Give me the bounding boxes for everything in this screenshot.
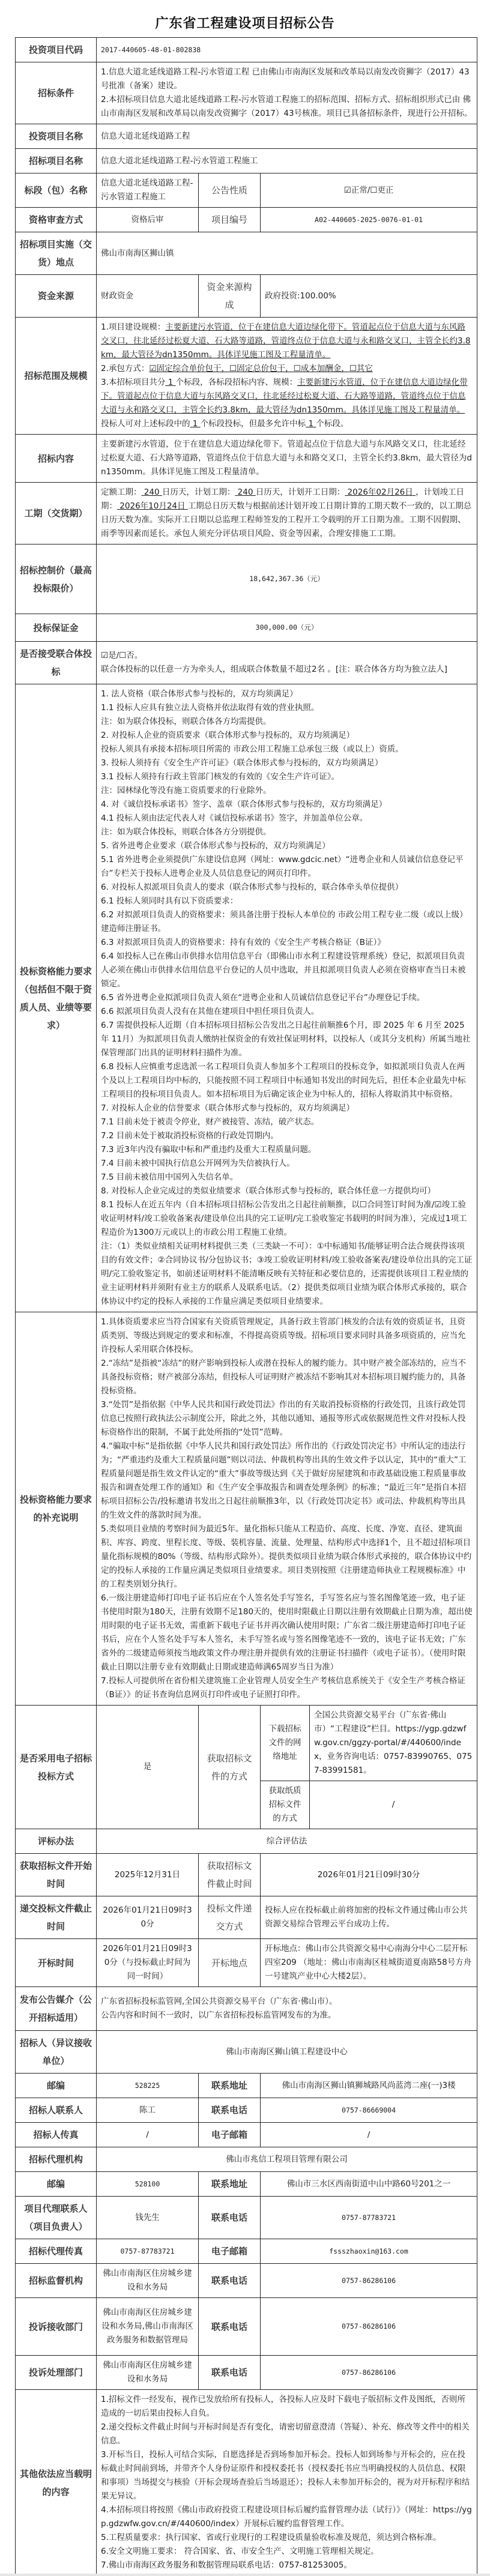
tenderer-label: 招标人（异议接收单位） xyxy=(16,2031,97,2074)
row-investment-name: 投资项目名称 信息大道北延线道路工程 xyxy=(16,124,477,149)
consortium-choice: ☑是/☐否。 xyxy=(101,649,473,663)
doc-start-value: 2025年12月31日 xyxy=(97,1854,199,1896)
row-consortium: 是否接受联合体投标 ☑是/☐否。 联合体投标的以任意一方为牵头人，组成联合体数量… xyxy=(16,642,477,684)
conditions-line: 1.信息大道北延线道路工程-污水管道工程 已由佛山市南海区发展和改革局以南发改资… xyxy=(101,65,473,93)
row-opening: 开标时间 2026年01月21日09时30分（与投标截止时间为同一时间） 开标地… xyxy=(16,1939,477,1987)
doc-end-label: 获取招标文件截止时间 xyxy=(199,1854,261,1896)
consortium-value: ☑是/☐否。 联合体投标的以任意一方为牵头人，组成联合体数量不超过2名 。[注：… xyxy=(97,642,477,684)
qualification-line: 1.1 投标人应具有独立法人资格并依法取得有效的营业执照。 xyxy=(101,701,473,715)
row-content: 招标内容 主要新建污水管道，位于在建信息大道边绿化带下。管道起点位于信息大道与东… xyxy=(16,435,477,483)
tenderer-email-label: 电子邮箱 xyxy=(199,2123,261,2147)
qualification-line: 4. 对《诚信投标承诺书》签字、盖章（联合体形式参与投标的，双方均须满足） xyxy=(101,798,473,812)
row-supervisor: 招标监督机构 佛山市南海区住房城乡建设和水务局 联系电话 0757-862861… xyxy=(16,2264,477,2298)
tenderer-fax-label: 招标人传真 xyxy=(16,2123,97,2147)
other-label: 其他依法应当载明的内容 xyxy=(16,2390,97,2576)
qualification-line: 6.5 省外进粤企业拟派项目负责人须在“进粤企业和人员诚信信息登记平台”办理登记… xyxy=(101,991,473,1005)
row-other: 其他依法应当载明的内容 1.招标文件一经发布，视作已发放给所有投标人，各投标人应… xyxy=(16,2390,477,2576)
qualification-line: 投标人须具有承接本招标项目所需的 市政公用工程施工总承包三级（或以上）资质。 xyxy=(101,743,473,756)
tenderer-email-value: / xyxy=(261,2123,477,2147)
tenderer-postcode-value: 528225 xyxy=(97,2074,199,2098)
project-number-label: 项目编号 xyxy=(199,208,261,232)
project-number-value: A02-440605-2025-0076-01-01 xyxy=(261,208,477,232)
supervisor-phone-value: 0757-86286106 xyxy=(261,2264,477,2298)
supplement-line: 1.具体资质要求应当符合国家有关资质管理规定，具备行政主管部门核发的合法有效的资… xyxy=(101,1315,473,1357)
opening-place-value: 开标地点：佛山市公共资源交易中心南海分中心二层开标四室209 （地址：佛山市南海… xyxy=(261,1939,477,1987)
qualification-line: 2. 对投标人企业的资质要求（联合体形式参与投标的，双方均须满足） xyxy=(101,729,473,743)
section-name-label: 标段（包）名称 xyxy=(16,173,97,208)
project-code-value: 2017-440605-48-01-802838 xyxy=(97,38,477,62)
qualification-line: 6.8 投标人应慎重考虑选派一名工程项目负责人参加多个工程项目的投标竞争，如拟派… xyxy=(101,1060,473,1102)
agency-contact-label: 项目代理联系人（项目负责人） xyxy=(16,2197,97,2239)
qualification-line: 1. 法人资格（联合体形式参与投标的，双方均须满足） xyxy=(101,687,473,701)
qualification-line: 5.1 省外进粤企业须提供广东建设信息网（网址：www.gdcic.net）“进… xyxy=(101,853,473,881)
location-label: 招标项目实施（交货）地点 xyxy=(16,232,97,275)
section-name-value: 信息大道北延线道路工程-污水管道工程施工 xyxy=(97,173,199,208)
agency-phone-value: 0757-87783721 xyxy=(261,2197,477,2239)
scope-item-4: 投标人可对上述标段中的 1 个标段投标，但最多允许中标 1 个标段。 xyxy=(101,417,473,431)
evaluation-value: 综合评估法 xyxy=(97,1829,477,1854)
row-funding: 资金来源 财政资金 资金来源构成 政府投资:100.00% xyxy=(16,275,477,318)
notice-nature-value: ☑正常/☐更正 xyxy=(261,173,477,208)
submit-method-value: 投标人应在投标截止前将加密的投标文件通过佛山市公共资源交易综合管理云平台成功上传… xyxy=(261,1896,477,1939)
page-title: 广东省工程建设项目招标公告 xyxy=(0,0,490,37)
row-supplement: 投标资格能力要求的补充说明 1.具体资质要求应当符合国家有关资质管理规定，具备行… xyxy=(16,1312,477,1706)
other-value: 1.招标文件一经发布，视作已发放给所有投标人，各投标人应及时下载电子版招标文件及… xyxy=(97,2390,477,2576)
conditions-value: 1.信息大道北延线道路工程-污水管道工程 已由佛山市南海区发展和改革局以南发改资… xyxy=(97,62,477,124)
media-line: 公告内容和时间不一致时，以广东省招标投标监管网发布的为准。 xyxy=(101,2009,473,2022)
period-value: 定额工期： 240 日历天，计划工期： 240 日历天，计划开工日期： 2026… xyxy=(97,483,477,544)
doc-start-label: 获取招标文件开始时间 xyxy=(16,1854,97,1896)
supplement-label: 投标资格能力要求的补充说明 xyxy=(16,1312,97,1706)
other-line: 7.佛山市南海区政务服务和数据管理局联系电话：0757-81253005。 xyxy=(101,2559,473,2572)
other-line: 6.安全文明施工要求： 符合国家、省、市安全生产、文明施工管理相关规定。 xyxy=(101,2545,473,2559)
scope-value: 1.项目建设规模：主要新建污水管道，位于在建信息大道边绿化带下。管道起点位于信息… xyxy=(97,318,477,435)
agency-contact-value: 钱先生 xyxy=(97,2197,199,2239)
row-location: 招标项目实施（交货）地点 佛山市南海区狮山镇 xyxy=(16,232,477,275)
row-conditions: 招标条件 1.信息大道北延线道路工程-污水管道工程 已由佛山市南海区发展和改革局… xyxy=(16,62,477,124)
supplement-line: 3.“处罚”是指依据《中华人民共和国行政处罚法》作出的有关取消投标资格的行政处罚… xyxy=(101,1398,473,1440)
submit-method-label: 投标文件递交方式 xyxy=(199,1896,261,1939)
tenderer-value: 佛山市南海区狮山镇工程建设中心 xyxy=(97,2031,477,2074)
qualification-line: 7.1 目前未处于被责令停业，财产被接管、冻结，破产状态。 xyxy=(101,1115,473,1129)
row-agency-contact: 项目代理联系人（项目负责人） 钱先生 联系电话 0757-87783721 xyxy=(16,2197,477,2239)
funding-structure-value: 政府投资:100.00% xyxy=(261,275,477,318)
evaluation-label: 评标办法 xyxy=(16,1829,97,1854)
complaint-receive-phone-value: 0757-86286106 xyxy=(261,2298,477,2356)
qualification-line: 3. 投标人须持有《安全生产许可证》（联合体形式参与投标的，双方均须满足） xyxy=(101,756,473,770)
qualification-line: 注：园林绿化等没有施工资质要求的行业除外。 xyxy=(101,784,473,798)
tender-name-value: 信息大道北延线道路工程-污水管道工程施工 xyxy=(97,149,477,173)
tenderer-address-value: 佛山市南海区狮山镇狮城路风尚蓝湾二座(一)3楼 xyxy=(261,2074,477,2098)
agency-email-value[interactable]: fssszhaoxin@163.com xyxy=(261,2239,477,2264)
scope-item-3: 3.本招标项目共分 1 个标段，各标段招标内容、规模：主要新建污水管道，位于在建… xyxy=(101,376,473,417)
tenderer-contact-value: 陈工 xyxy=(97,2098,199,2123)
doc-end-value: 2026年01月21日09时30分 xyxy=(261,1854,477,1896)
complaint-receive-value: 佛山市南海区住房城乡建设和水务局,佛山市南海区政务服务和数据管理局 xyxy=(97,2298,199,2356)
row-scope: 招标范围及规模 1.项目建设规模：主要新建污水管道，位于在建信息大道边绿化带下。… xyxy=(16,318,477,435)
qualification-line: 8. 对投标人企业完成过的类似业绩要求（联合体形式参与投标的，联合体任意一方提供… xyxy=(101,1184,473,1198)
paper-doc-value: / xyxy=(310,1781,477,1829)
qualification-line: 注：（1）类似业绩相关证明材料提供三类（三类缺一不可）：①中标通知书/能够证明合… xyxy=(101,1240,473,1309)
agency-address-value: 佛山市三水区西南街道中山中路60号201之一 xyxy=(261,2172,477,2197)
tenderer-phone-value: 0757-86669004 xyxy=(261,2098,477,2123)
row-agency-fax: 招标代理传真 0757-87783721 电子邮箱 fssszhaoxin@16… xyxy=(16,2239,477,2264)
qualification-line: 4.1 投标人须由法定代表人对《诚信投标承诺书》签字，并加盖单位公章。 xyxy=(101,812,473,825)
media-label: 发布公告媒介（公开招标适用） xyxy=(16,1987,97,2031)
agency-label: 招标代理机构 xyxy=(16,2147,97,2172)
supervisor-value: 佛山市南海区住房城乡建设和水务局 xyxy=(97,2264,199,2298)
control-price-value: 18,642,367.36（元） xyxy=(97,544,477,614)
qualification-line: 6.1 投标人须同时具有以下资质要求： xyxy=(101,894,473,908)
qualification-line: 7.3 近3年内没有骗取中标和严重违约及重大工程质量问题。 xyxy=(101,1143,473,1157)
row-project-code: 投资项目代码 2017-440605-48-01-802838 xyxy=(16,38,477,62)
opening-time-label: 开标时间 xyxy=(16,1939,97,1987)
supervisor-phone-label: 联系电话 xyxy=(199,2264,261,2298)
conditions-label: 招标条件 xyxy=(16,62,97,124)
scope-label: 招标范围及规模 xyxy=(16,318,97,435)
row-agency-post: 邮编 528100 联系地址 佛山市三水区西南街道中山中路60号201之一 xyxy=(16,2172,477,2197)
download-address-value[interactable]: 全国公共资源交易平台（广东省·佛山市）“工程建设”栏目。https://ygp.… xyxy=(310,1706,477,1781)
media-line: 广东省招标投标监管网,全国公共资源交易平台（广东省·佛山市）。 xyxy=(101,1995,473,2009)
qualification-line: 注：如为联合体投标，则联合体各方均需提供。 xyxy=(101,715,473,729)
row-complaint-handle: 投诉处理部门 佛山市南海区住房城乡建设和水务局 联系电话 0757-862861… xyxy=(16,2356,477,2390)
supplement-line: 5.类似项目业绩的考察时间为最近5年。量化指标只能从工程造价、高度、长度、净宽、… xyxy=(101,1522,473,1591)
row-evaluation: 评标办法 综合评估法 xyxy=(16,1829,477,1854)
agency-phone-label: 联系电话 xyxy=(199,2197,261,2239)
period-label: 工期（交货期） xyxy=(16,483,97,544)
other-line: 4.本招标项目将按照《佛山市政府投资工程建设项目标后履约监督管理办法（试行）》（… xyxy=(101,2503,473,2531)
agency-postcode-value: 528100 xyxy=(97,2172,199,2197)
consortium-note: 联合体投标的以任意一方为牵头人，组成联合体数量不超过2名 。[注：联合体各方均为… xyxy=(101,663,473,677)
row-tenderer: 招标人（异议接收单位） 佛山市南海区狮山镇工程建设中心 xyxy=(16,2031,477,2074)
qualification-line: 6.7 需提供投标人近期（自本招标项目招标公告发出之日起往前顺推6个月，即 20… xyxy=(101,1019,473,1060)
download-address-label: 下载招标文件的网络地址 xyxy=(261,1706,310,1781)
qualification-value: 1. 法人资格（联合体形式参与投标的，双方均须满足）1.1 投标人应具有独立法人… xyxy=(97,684,477,1312)
electronic-label: 是否采用电子招标投标方式 xyxy=(16,1706,97,1829)
deposit-value: 300,000.00（元） xyxy=(97,614,477,642)
row-review: 资格审查方式 资格后审 项目编号 A02-440605-2025-0076-01… xyxy=(16,208,477,232)
supervisor-label: 招标监督机构 xyxy=(16,2264,97,2298)
project-code-label: 投资项目代码 xyxy=(16,38,97,62)
complaint-receive-phone-label: 联系电话 xyxy=(199,2298,261,2356)
tender-name-label: 招标项目名称 xyxy=(16,149,97,173)
row-tenderer-post: 邮编 528225 联系地址 佛山市南海区狮山镇狮城路风尚蓝湾二座(一)3楼 xyxy=(16,2074,477,2098)
deposit-label: 投标保证金 xyxy=(16,614,97,642)
conditions-line: 2.本招标项目信息大道北延线道路工程-污水管道工程施工的招标范围、招标方式、招标… xyxy=(101,93,473,121)
row-agency: 招标代理机构 佛山市兆信工程项目管理有限公司 xyxy=(16,2147,477,2172)
submit-deadline-value: 2026年01月21日09时30分 xyxy=(97,1896,199,1939)
row-qualification: 投标资格能力要求（包括但不限于资质人员、业绩等要求） 1. 法人资格（联合体形式… xyxy=(16,684,477,1312)
scope-item-2: 2.承包方式：☑固定综合单价包干，☐固定总价包干，☐成本加酬金，☐其它 xyxy=(101,362,473,376)
row-tenderer-fax: 招标人传真 / 电子邮箱 / xyxy=(16,2123,477,2147)
funding-label: 资金来源 xyxy=(16,275,97,318)
agency-postcode-label: 邮编 xyxy=(16,2172,97,2197)
other-line: 5.工程质量要求：执行国家、省或行业现行的工程建设质量验收标准及规范，须达到合格… xyxy=(101,2531,473,2545)
complaint-handle-phone-label: 联系电话 xyxy=(199,2356,261,2390)
qualification-line: 3.1 投标人须持有行政主管部门核发的有效的《安全生产许可证》。 xyxy=(101,770,473,784)
row-doc-time: 获取招标文件开始时间 2025年12月31日 获取招标文件截止时间 2026年0… xyxy=(16,1854,477,1896)
row-media: 发布公告媒介（公开招标适用） 广东省招标投标监管网,全国公共资源交易平台（广东省… xyxy=(16,1987,477,2031)
media-value: 广东省招标投标监管网,全国公共资源交易平台（广东省·佛山市）。 公告内容和时间不… xyxy=(97,1987,477,2031)
location-value: 佛山市南海区狮山镇 xyxy=(97,232,477,275)
supplement-value: 1.具体资质要求应当符合国家有关资质管理规定，具备行政主管部门核发的合法有效的资… xyxy=(97,1312,477,1706)
submit-deadline-label: 递交投标文件截止时间 xyxy=(16,1896,97,1939)
agency-address-label: 联系地址 xyxy=(199,2172,261,2197)
other-line: 2.递交投标文件截止时间与开标时间是否有变化，请密切留意澄清（答疑）、补充、修改… xyxy=(101,2421,473,2448)
doc-method-label: 获取招标文件的方式 xyxy=(199,1706,261,1829)
funding-value: 财政资金 xyxy=(97,275,199,318)
supplement-line: 7.投标人可提供所在省份相关建筑施工企业管理人员安全生产考核信息系统关于《安全生… xyxy=(101,1674,473,1702)
qualification-line: 6. 对投标人拟派项目负责人的要求（联合体形式参与投标的，联合体牵头单位提供） xyxy=(101,881,473,894)
tenderer-contact-label: 招标人联系人 xyxy=(16,2098,97,2123)
agency-value: 佛山市兆信工程项目管理有限公司 xyxy=(97,2147,477,2172)
other-line: 1.招标文件一经发布，视作已发放给所有投标人，各投标人应及时下载电子版招标文件及… xyxy=(101,2393,473,2421)
consortium-label: 是否接受联合体投标 xyxy=(16,642,97,684)
paper-doc-label: 获取纸质招标文件的方式 xyxy=(261,1781,310,1829)
electronic-value: 是 xyxy=(97,1706,199,1829)
complaint-receive-label: 投诉接收部门 xyxy=(16,2298,97,2356)
notice-nature-label: 公告性质 xyxy=(199,173,261,208)
investment-name-label: 投资项目名称 xyxy=(16,124,97,149)
agency-fax-value: 0757-87783721 xyxy=(97,2239,199,2264)
qualification-line: 7. 对投标人企业的信誉要求（联合体形式参与投标的，双方均须满足） xyxy=(101,1102,473,1115)
qualification-line: 6.3 对拟派项目负责人的资格要求：持有有效的《安全生产考核合格证（B证）》 xyxy=(101,936,473,950)
qualification-line: 注：如为联合体投标，则联合体各方分别提供。 xyxy=(101,825,473,839)
tenderer-fax-value: / xyxy=(97,2123,199,2147)
opening-time-value: 2026年01月21日09时30分（与投标截止时间为同一时间） xyxy=(97,1939,199,1987)
row-control-price: 招标控制价（最高投标限价） 18,642,367.36（元） xyxy=(16,544,477,614)
page-bottom-divider xyxy=(0,2574,490,2576)
qualification-line: 7.4 目前未被中国执行信息公开网列为失信被执行人。 xyxy=(101,1157,473,1171)
qualification-line: 6.6 拟派项目负责人没有在其他在建项目中担任项目负责人。 xyxy=(101,1005,473,1019)
qualification-line: 6.4 如投标人已在佛山市供排水信用信息平台（即佛山市水利工程建设管理系统）登记… xyxy=(101,950,473,991)
funding-structure-label: 资金来源构成 xyxy=(199,275,261,318)
other-line: 3.开标当日，投标人可结合实际，自愿选择是否到场参加开标会。投标人如到场参与开标… xyxy=(101,2448,473,2503)
complaint-handle-label: 投诉处理部门 xyxy=(16,2356,97,2390)
tenderer-postcode-label: 邮编 xyxy=(16,2074,97,2098)
complaint-handle-value: 佛山市南海区住房城乡建设和水务局 xyxy=(97,2356,199,2390)
agency-fax-label: 招标代理传真 xyxy=(16,2239,97,2264)
qualification-line: 5. 省外进粤企业要求（联合体形式参与投标的，双方均须满足） xyxy=(101,839,473,853)
agency-email-label: 电子邮箱 xyxy=(199,2239,261,2264)
row-submit: 递交投标文件截止时间 2026年01月21日09时30分 投标文件递交方式 投标… xyxy=(16,1896,477,1939)
review-value: 资格后审 xyxy=(97,208,199,232)
qualification-label: 投标资格能力要求（包括但不限于资质人员、业绩等要求） xyxy=(16,684,97,1312)
scope-item-1: 1.项目建设规模：主要新建污水管道，位于在建信息大道边绿化带下。管道起点位于信息… xyxy=(101,321,473,362)
row-complaint-receive: 投诉接收部门 佛山市南海区住房城乡建设和水务局,佛山市南海区政务服务和数据管理局… xyxy=(16,2298,477,2356)
qualification-line: 6.2 对拟派项目负责人的资格要求：须具备注册于投标人本单位的 市政公用工程专业… xyxy=(101,908,473,936)
qualification-line: 8.1 投标人在近五年内（自本招标项目招标公告发出之日起往前顺推，以☐合同签订时… xyxy=(101,1198,473,1240)
review-label: 资格审查方式 xyxy=(16,208,97,232)
row-section-name: 标段（包）名称 信息大道北延线道路工程-污水管道工程施工 公告性质 ☑正常/☐更… xyxy=(16,173,477,208)
row-deposit: 投标保证金 300,000.00（元） xyxy=(16,614,477,642)
supplement-line: 4.“骗取中标”是指依据《中华人民共和国行政处罚法》所作出的《行政处罚决定书》中… xyxy=(101,1440,473,1522)
tenderer-address-label: 联系地址 xyxy=(199,2074,261,2098)
supplement-line: 2.“冻结”是指被“冻结”的财产影响到投标人或潜在投标人的履约能力。其中财产被全… xyxy=(101,1357,473,1398)
row-tender-name: 招标项目名称 信息大道北延线道路工程-污水管道工程施工 xyxy=(16,149,477,173)
qualification-line: 7.2 目前未处于被取消投标资格的行政处罚期内。 xyxy=(101,1129,473,1143)
content-value: 主要新建污水管道，位于在建信息大道边绿化带下。管道起点位于信息大道与东风路交叉口… xyxy=(97,435,477,483)
content-label: 招标内容 xyxy=(16,435,97,483)
complaint-handle-phone-value: 0757-86286106 xyxy=(261,2356,477,2390)
control-price-label: 招标控制价（最高投标限价） xyxy=(16,544,97,614)
investment-name-value: 信息大道北延线道路工程 xyxy=(97,124,477,149)
tenderer-phone-label: 联系电话 xyxy=(199,2098,261,2123)
qualification-line: 7.5 目前未被信用中国列入失信名单。 xyxy=(101,1171,473,1184)
row-tenderer-contact: 招标人联系人 陈工 联系电话 0757-86669004 xyxy=(16,2098,477,2123)
supplement-line: 6.一级注册建造师打印电子证书后应在个人签名处手写签名，手写签名应与签名图像笔迹… xyxy=(101,1591,473,1674)
row-electronic-download: 是否采用电子招标投标方式 是 获取招标文件的方式 下载招标文件的网络地址 全国公… xyxy=(16,1706,477,1781)
opening-place-label: 开标地点 xyxy=(199,1939,261,1987)
row-period: 工期（交货期） 定额工期： 240 日历天，计划工期： 240 日历天，计划开工… xyxy=(16,483,477,544)
tender-notice-table: 投资项目代码 2017-440605-48-01-802838 招标条件 1.信… xyxy=(15,37,477,2576)
